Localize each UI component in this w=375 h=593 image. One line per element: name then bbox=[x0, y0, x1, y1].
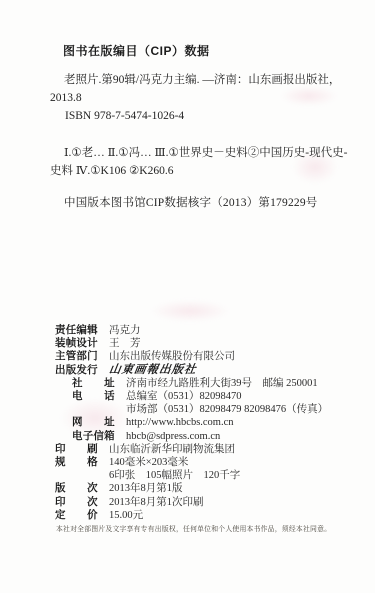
colophon-row-label: 版 次 bbox=[55, 482, 99, 495]
cip-classification-line1: Ⅰ.①老… Ⅱ.①冯… Ⅲ.①世界史－史料②中国历史-现代史- bbox=[50, 144, 357, 162]
colophon-row: 装帧设计 王 芳 bbox=[55, 337, 361, 350]
colophon-row: 电子信箱 hbcb@sdpress.com.cn bbox=[55, 430, 361, 443]
copyright-notice: 本社对全部图片及文字享有专有出版权，任何单位和个人使用本书作品，须经本社同意。 bbox=[56, 524, 353, 534]
colophon: 责任编辑 冯克力 装帧设计 王 芳 主管部门 山东出版传媒股份有限公司 出版发行… bbox=[55, 324, 361, 522]
colophon-row-label: 规 格 bbox=[55, 456, 99, 469]
colophon-row-value: 山東画報出版社 bbox=[108, 364, 197, 377]
cip-classification-line2: 史料 Ⅳ.①K106 ②K260.6 bbox=[50, 162, 357, 180]
colophon-row-value: hbcb@sdpress.com.cn bbox=[126, 430, 220, 443]
isbn-line: ISBN 978-7-5474-1026-4 bbox=[50, 107, 357, 125]
colophon-row: 主管部门 山东出版传媒股份有限公司 bbox=[55, 350, 361, 363]
colophon-row-value: 王 芳 bbox=[109, 337, 141, 350]
cip-record: 老照片.第90辑/冯克力主编. —济南：山东画报出版社， 2013.8 ISBN… bbox=[50, 71, 357, 125]
cip-data-block: 图书在版编目（CIP）数据 老照片.第90辑/冯克力主编. —济南：山东画报出版… bbox=[50, 42, 357, 212]
colophon-row-label: 电子信箱 bbox=[72, 430, 116, 443]
cip-header: 图书在版编目（CIP）数据 bbox=[63, 42, 357, 60]
colophon-row-value: 山东临沂新华印刷物流集团 bbox=[109, 443, 235, 456]
colophon-row: 规 格 140毫米×203毫米 bbox=[55, 456, 361, 469]
colophon-row-value: 济南市经九路胜利大街39号 邮编 250001 bbox=[126, 377, 318, 390]
cip-verification-number: 中国版本图书馆CIP数据核字（2013）第179229号 bbox=[50, 194, 357, 212]
cip-record-line2: 2013.8 bbox=[50, 89, 357, 107]
colophon-row-label: 印 刷 bbox=[55, 443, 99, 456]
cip-classification: Ⅰ.①老… Ⅱ.①冯… Ⅲ.①世界史－史料②中国历史-现代史- 史料 Ⅳ.①K1… bbox=[50, 144, 357, 180]
colophon-row-label: 定 价 bbox=[55, 509, 99, 522]
colophon-row: 版 次 2013年8月第1版 bbox=[55, 482, 361, 495]
colophon-row: 印 刷 山东临沂新华印刷物流集团 bbox=[55, 443, 361, 456]
colophon-row: 电 话 总编室（0531）82098470 bbox=[55, 390, 361, 403]
colophon-row: 社 址 济南市经九路胜利大街39号 邮编 250001 bbox=[55, 377, 361, 390]
colophon-row-label: 出版发行 bbox=[55, 364, 99, 377]
colophon-row-label: 主管部门 bbox=[55, 350, 99, 363]
colophon-row-value: 15.00元 bbox=[109, 509, 143, 522]
colophon-row: 责任编辑 冯克力 bbox=[55, 324, 361, 337]
colophon-row-label: 网 址 bbox=[72, 416, 116, 429]
colophon-row: 定 价 15.00元 bbox=[55, 509, 361, 522]
colophon-row-value: 140毫米×203毫米 bbox=[109, 456, 188, 469]
colophon-row-value: 山东出版传媒股份有限公司 bbox=[109, 350, 235, 363]
colophon-row-label: 社 址 bbox=[72, 377, 116, 390]
colophon-row-value: 2013年8月第1版 bbox=[109, 482, 183, 495]
colophon-row-value: 2013年8月第1次印刷 bbox=[109, 496, 204, 509]
colophon-row-value: 总编室（0531）82098470 bbox=[126, 390, 242, 403]
colophon-row: 网 址 http://www.hbcbs.com.cn bbox=[55, 416, 361, 429]
copyright-page: 图书在版编目（CIP）数据 老照片.第90辑/冯克力主编. —济南：山东画报出版… bbox=[0, 0, 375, 593]
colophon-row-value: 冯克力 bbox=[109, 324, 141, 337]
colophon-row-value: 6印张 105幅照片 120千字 bbox=[109, 469, 240, 482]
cip-record-line1: 老照片.第90辑/冯克力主编. —济南：山东画报出版社， bbox=[50, 71, 357, 89]
colophon-row: 出版发行 山東画報出版社 bbox=[55, 364, 361, 377]
colophon-row-value: 市场部（0531）82098479 82098476（传真） bbox=[126, 403, 328, 416]
colophon-row: 6印张 105幅照片 120千字 bbox=[55, 469, 361, 482]
colophon-row-value: http://www.hbcbs.com.cn bbox=[126, 416, 234, 429]
colophon-row-label: 电 话 bbox=[72, 390, 116, 403]
colophon-row-label: 责任编辑 bbox=[55, 324, 99, 337]
colophon-row: 市场部（0531）82098479 82098476（传真） bbox=[55, 403, 361, 416]
colophon-row-label: 装帧设计 bbox=[55, 337, 99, 350]
bleed-through-artifact bbox=[150, 300, 230, 322]
colophon-row: 印 次 2013年8月第1次印刷 bbox=[55, 496, 361, 509]
colophon-row-label: 印 次 bbox=[55, 496, 99, 509]
